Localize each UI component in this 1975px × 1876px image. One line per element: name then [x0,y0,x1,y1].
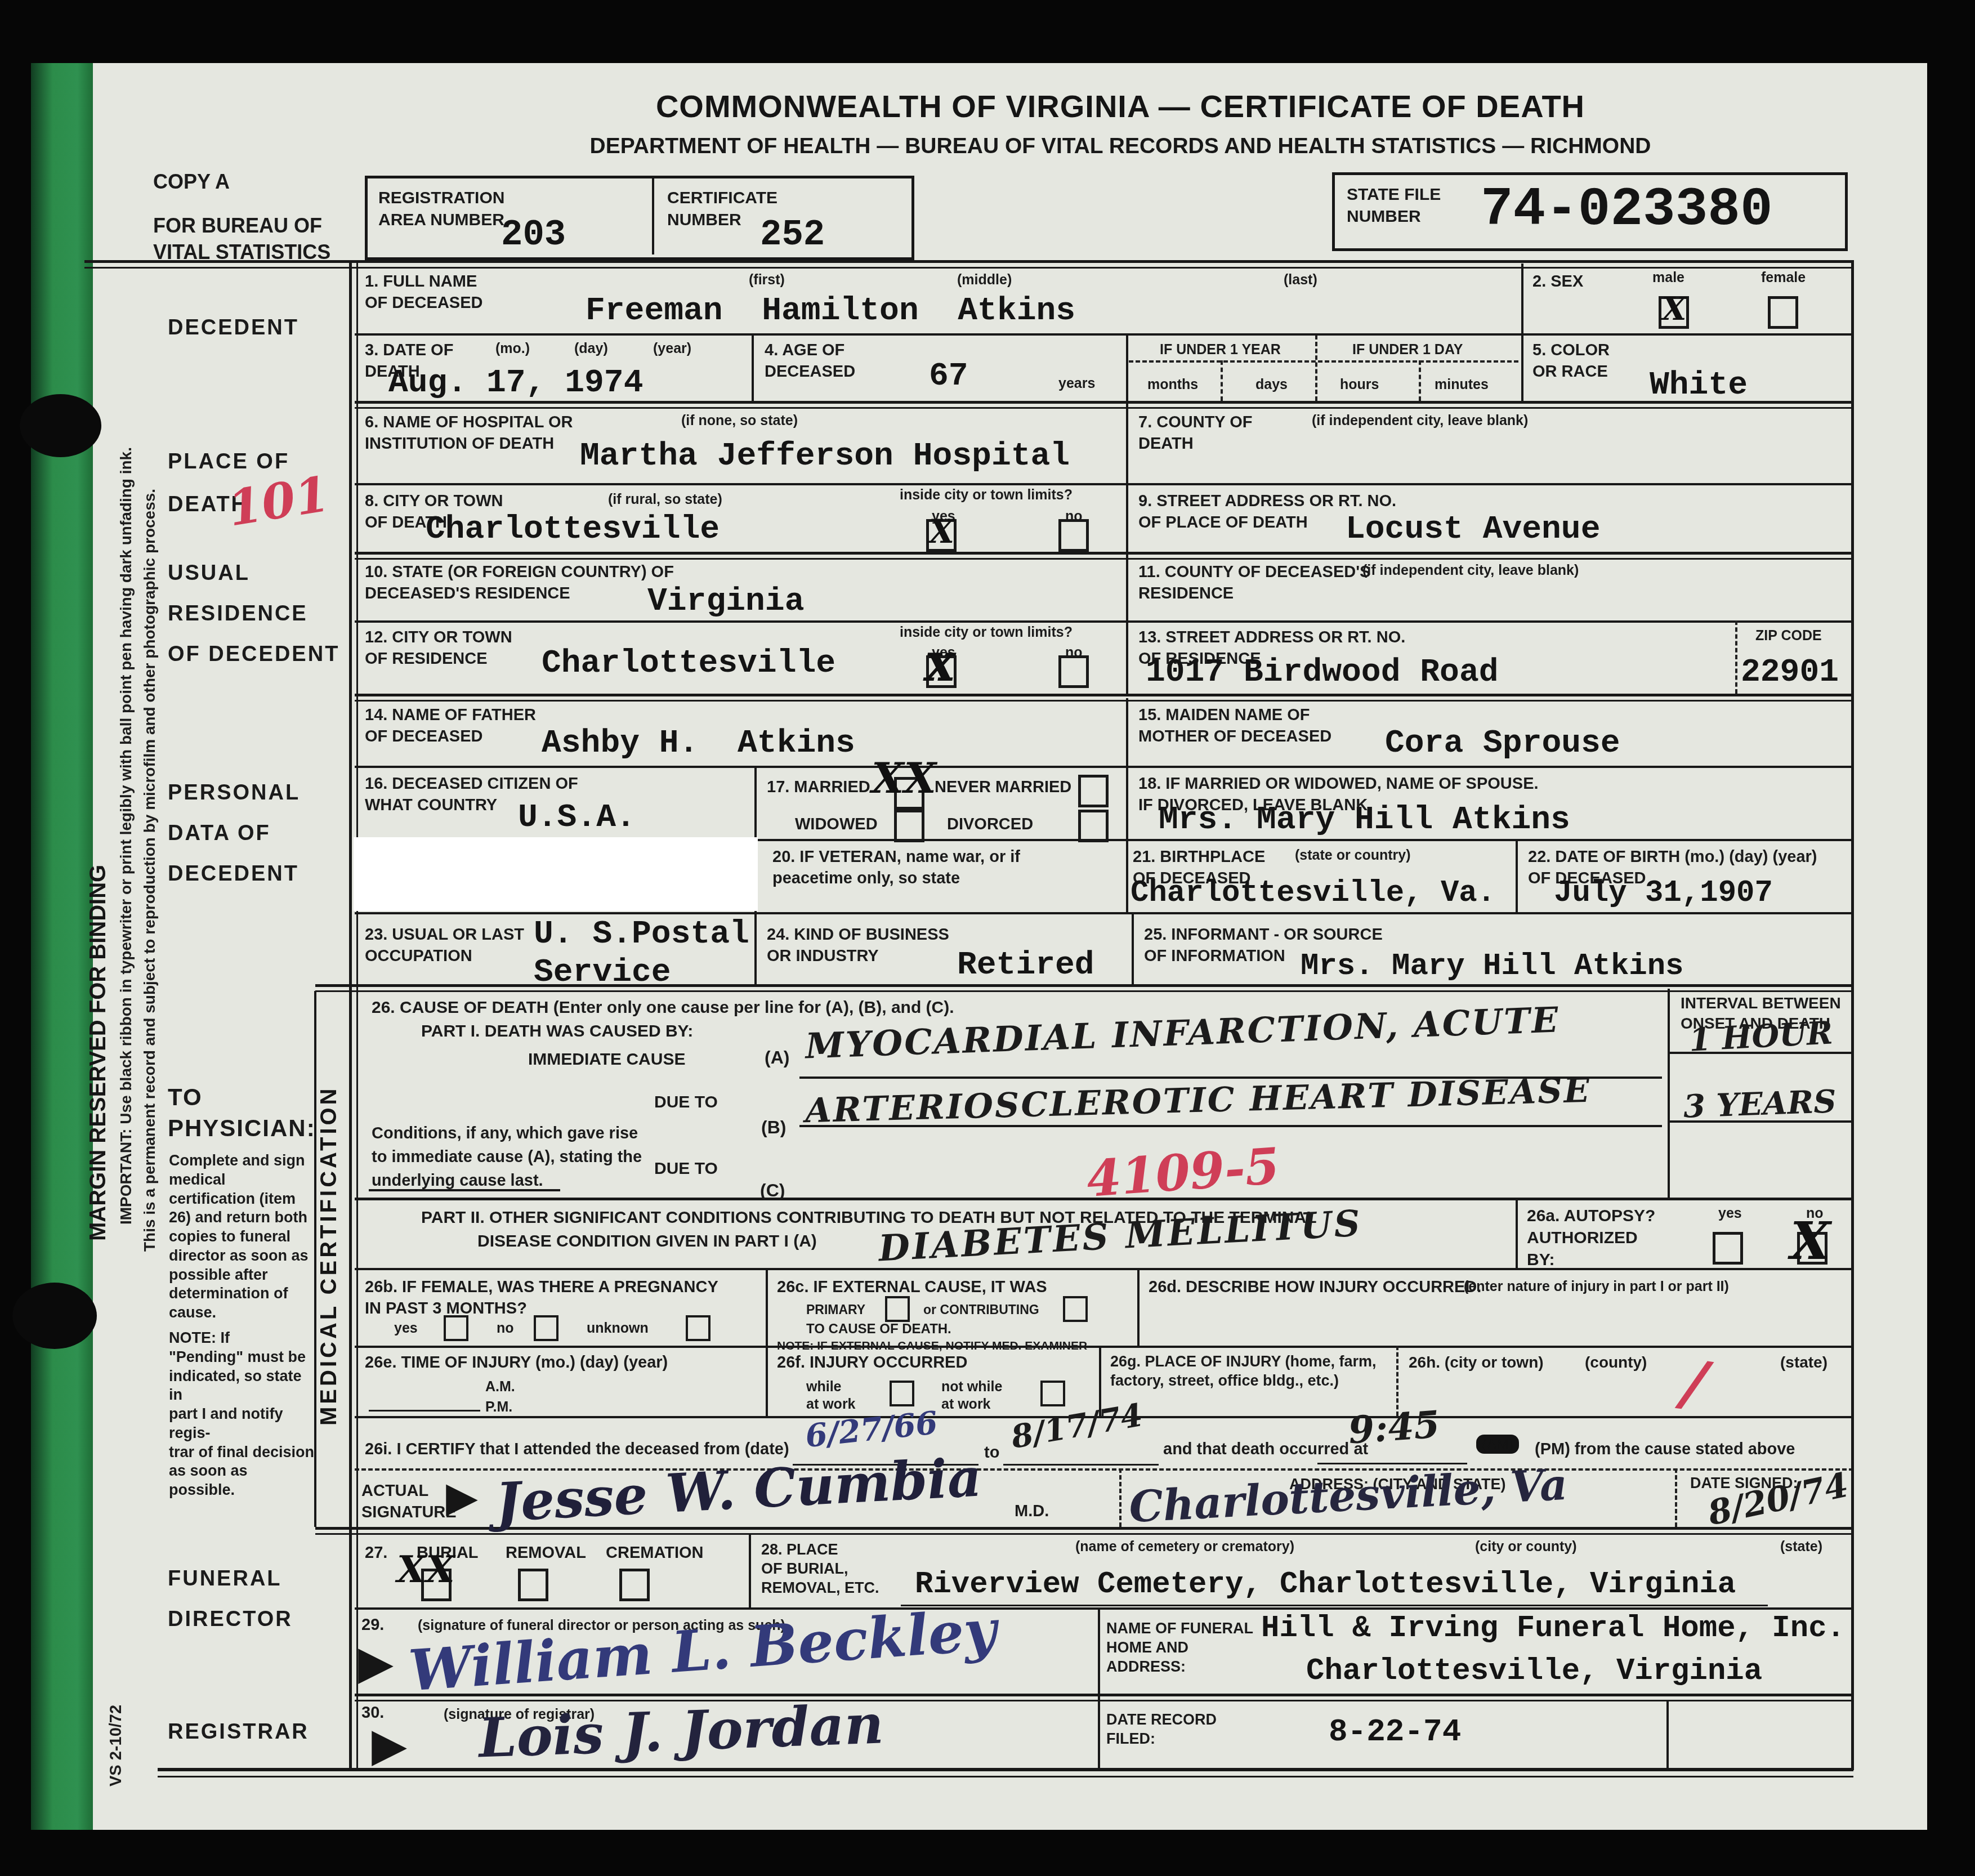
handwritten-interval-b: 3 YEARS [1683,1083,1837,1125]
field-26g-label: 26g. PLACE OF INJURY (home, farm, factor… [1110,1352,1377,1391]
checkbox-autopsy-yes [1713,1232,1743,1265]
checkbox-widowed [894,810,924,842]
scanned-death-certificate: MARGIN RESERVED FOR BINDING IMPORTANT: U… [0,0,1975,1876]
date-record-filed-value: 8-22-74 [1329,1714,1461,1750]
divider [1516,839,1518,912]
divider [749,1535,751,1607]
section-decedent: DECEDENT [168,314,299,342]
divider [799,1125,1662,1127]
field-24-value: Retired [957,947,1094,984]
divider [1735,620,1737,694]
checkmark-sex-male: X [1662,291,1686,328]
divorced-label: DIVORCED [947,814,1033,836]
field-12-limits-label: inside city or town limits? [900,624,1073,641]
checkbox-sex-female [1768,296,1798,329]
field-29-number: 29. [361,1615,384,1636]
divider [766,1268,768,1346]
field-15-value: Cora Sprouse [1385,725,1620,762]
registration-area-label: REGISTRATION AREA NUMBER [378,187,504,231]
field-8-limits-label: inside city or town limits? [900,486,1073,504]
divider [158,1776,1853,1777]
copy-label: COPY A [153,169,230,195]
checkbox-divorced [1078,810,1109,842]
line-b-label: (B) [761,1116,786,1140]
divider [1851,260,1854,1770]
divider [355,552,1853,555]
md-label: M.D. [1015,1501,1049,1522]
field-26d-hint: (enter nature of injury in part I or par… [1464,1278,1729,1296]
divider [1419,360,1421,401]
divider [1126,620,1128,694]
divider [355,700,1853,702]
divider [355,912,1853,914]
field-9-value: Locust Avenue [1346,511,1600,548]
field-6-value: Martha Jefferson Hospital [580,438,1070,475]
cremation-label: CREMATION [606,1543,703,1564]
checkbox-pregnancy-unknown [686,1315,711,1341]
field-21-value: Charlottesville, Va. [1131,876,1495,910]
signature-arrow-icon: ▶ [446,1473,478,1521]
field-5-label: 5. COLOR OR RACE [1532,340,1610,382]
state-file-label: STATE FILE NUMBER [1347,184,1441,227]
divider [1521,263,1523,401]
checkmark-burial: XX [397,1547,454,1591]
funeral-home-value-2: Charlottesville, Virginia [1306,1654,1762,1689]
part1-label: PART I. DEATH WAS CAUSED BY: [421,1020,693,1042]
divider [1126,766,1128,839]
under-1-year-months-label: months [1147,376,1198,394]
field-26h-label: 26h. (city or town) [1409,1352,1544,1372]
checkmark-death-limits-yes: X [929,512,954,551]
field-2-male-label: male [1652,269,1684,287]
field-1-label: 1. FULL NAME OF DECEASED [365,271,482,314]
pregnancy-yes-label: yes [394,1320,418,1337]
checkbox-residence-limits-no [1058,655,1089,688]
divider [356,260,358,1770]
checkbox-cremation [619,1569,650,1601]
divider [315,1533,1853,1535]
field-26b-label: 26b. IF FEMALE, WAS THERE A PREGNANCY IN… [365,1277,718,1319]
while-at-work-label: while at work [806,1378,856,1414]
removal-label: REMOVAL [506,1543,586,1564]
field-1-value: Freeman Hamilton Atkins [586,293,1075,329]
zip-value: 22901 [1741,654,1839,691]
under-1-day-hours-label: hours [1340,376,1379,394]
section-medical-certification: MEDICAL CERTIFICATION [316,1008,352,1503]
section-to-physician: TO PHYSICIAN: [168,1082,316,1144]
field-5-value: White [1650,367,1748,404]
section-funeral-director: FUNERAL DIRECTOR [168,1558,293,1640]
field-11-label: 11. COUNTY OF DECEASED'S RESIDENCE [1138,562,1370,604]
field-3-day-hint: (day) [574,340,608,358]
margin-important-note: IMPORTANT: Use black ribbon in typewrite… [117,315,140,1357]
divider [1119,1468,1121,1527]
field-7-label: 7. COUNTY OF DEATH [1138,412,1253,454]
field-10-label: 10. STATE (OR FOREIGN COUNTRY) OF DECEAS… [365,562,674,604]
cemetery-hint: (name of cemetery or crematory) [1075,1538,1294,1556]
margin-permanent-note: This is a permanent record and subject t… [141,349,163,1391]
handwritten-time-of-death: 9:45 [1347,1402,1441,1452]
field-26c-label: 26c. IF EXTERNAL CAUSE, IT WAS [777,1277,1047,1298]
funeral-home-label: NAME OF FUNERAL HOME AND ADDRESS: [1106,1619,1253,1676]
certify-text-1: 26i. I CERTIFY that I attended the decea… [365,1439,789,1460]
funeral-home-value-1: Hill & Irving Funeral Home, Inc. [1261,1611,1845,1646]
divider [355,407,1853,409]
certificate-subtitle: DEPARTMENT OF HEALTH — BUREAU OF VITAL R… [524,134,1717,159]
field-14-value: Ashby H. Atkins [542,725,855,762]
field-14-label: 14. NAME OF FATHER OF DECEASED [365,705,536,747]
field-27-number: 27. [365,1543,387,1564]
section-registrar: REGISTRAR [168,1718,309,1746]
divider [754,766,757,839]
divider [355,1694,1853,1696]
field-1-first-hint: (first) [749,271,785,289]
checkbox-pregnancy-yes [444,1315,468,1341]
not-while-at-work-label: not while at work [941,1378,1002,1414]
pending-note: NOTE: If "Pending" must be indicated, so… [169,1329,315,1500]
field-26h-state-hint: (state) [1780,1352,1827,1372]
checkmark-autopsy-no: X [1790,1211,1830,1271]
for-bureau-label: FOR BUREAU OF VITAL STATISTICS [153,213,330,266]
pregnancy-unknown-label: unknown [587,1320,649,1337]
divider [1132,912,1134,984]
divider [766,1346,768,1416]
field-11-hint: (if independent city, leave blank) [1362,562,1579,579]
margin-binding-label: MARGIN RESERVED FOR BINDING [86,738,113,1368]
divider [652,176,654,254]
field-6-label: 6. NAME OF HOSPITAL OR INSTITUTION OF DE… [365,412,573,454]
field-22-value: July 31,1907 [1554,876,1773,910]
green-binding-strip [31,63,93,1830]
field-3-mo-hint: (mo.) [495,340,530,358]
field-26-label: 26. CAUSE OF DEATH (Enter only one cause… [372,997,954,1019]
city-county-hint: (city or county) [1475,1538,1577,1556]
field-13-value: 1017 Birdwood Road [1146,654,1499,691]
divider [1137,1268,1140,1346]
field-26e-label: 26e. TIME OF INJURY (mo.) (day) (year) [365,1352,668,1374]
divider [1516,1198,1518,1268]
divider [369,1410,480,1412]
autopsy-yes-label: yes [1718,1205,1742,1222]
divider [314,991,316,1527]
field-1-last-hint: (last) [1284,271,1317,289]
under-1-year-days-label: days [1255,376,1288,394]
field-26a-label: 26a. AUTOPSY? AUTHORIZED BY: [1527,1205,1655,1271]
field-3-value: Aug. 17, 1974 [388,365,643,401]
divider [1098,1607,1100,1768]
field-18-value: Mrs. Mary Hill Atkins [1159,802,1570,838]
registration-area-value: 203 [501,215,566,256]
divider [1126,554,1128,620]
field-28-value: Riverview Cemetery, Charlottesville, Vir… [915,1567,1736,1602]
field-2-label: 2. SEX [1532,271,1583,293]
under-1-year-label: IF UNDER 1 YEAR [1160,341,1281,359]
checkmark-married: XX [872,754,936,803]
certify-text-3: (PM) from the cause stated above [1535,1439,1795,1460]
divider [355,333,1853,336]
divider [1317,1463,1467,1464]
checkbox-while-at-work [890,1381,914,1406]
checkbox-removal [518,1569,548,1601]
field-23-value: U. S.Postal Service [534,915,749,993]
signature-arrow-icon: ▶ [358,1636,394,1690]
field-8-value: Charlottesville [426,511,720,548]
divider [355,620,1853,623]
field-23-label: 23. USUAL OR LAST OCCUPATION [365,924,524,967]
field-4-value: 67 [929,358,968,395]
never-married-label: NEVER MARRIED [935,777,1071,798]
divider [1315,335,1317,401]
field-21-hint: (state or country) [1295,847,1411,864]
certify-to-label: to [984,1442,999,1464]
immediate-cause-label: IMMEDIATE CAUSE [528,1048,685,1070]
divider [1668,989,1670,1198]
external-cause-note: NOTE: IF EXTERNAL CAUSE, NOTIFY MED. EXA… [777,1339,1087,1354]
divider [752,333,754,401]
due-to-b-label: DUE TO [654,1091,718,1113]
pregnancy-no-label: no [497,1320,514,1337]
divider [158,1768,1853,1771]
section-usual-residence: USUAL RESIDENCE OF DECEDENT [168,553,339,675]
state-file-value: 74-023380 [1481,179,1772,240]
field-8-hint: (if rural, so state) [608,491,722,508]
widowed-label: WIDOWED [795,814,878,836]
state-hint: (state) [1780,1538,1822,1556]
field-12-label: 12. CITY OR TOWN OF RESIDENCE [365,627,512,669]
divider [1126,698,1128,766]
divider [1126,333,1128,401]
am-strikeout-blob: (AM) [1476,1435,1519,1454]
checkbox-external-contributing [1063,1296,1088,1322]
field-7-hint: (if independent city, leave blank) [1312,412,1528,430]
conditions-label: Conditions, if any, which gave rise to i… [372,1122,642,1192]
to-cause-label: TO CAUSE OF DEATH. [806,1321,951,1338]
divider [1129,360,1518,363]
handwritten-interval-a: 1 HOUR [1688,1014,1834,1058]
physician-instructions: Complete and sign medical certification … [169,1151,310,1323]
redaction-block [354,837,758,911]
divider [901,1605,1768,1606]
under-1-day-label: IF UNDER 1 DAY [1352,341,1463,359]
checkbox-death-limits-no [1058,519,1089,552]
line-a-label: (A) [765,1046,789,1070]
certificate-title: COMMONWEALTH OF VIRGINIA — CERTIFICATE O… [608,88,1633,124]
divider [355,1346,1853,1348]
field-26f-label: 26f. INJURY OCCURRED [777,1352,967,1374]
field-4-label: 4. AGE OF DECEASED [765,340,855,382]
field-25-value: Mrs. Mary Hill Atkins [1301,949,1684,984]
divider [355,483,1853,485]
pm-label: P.M. [485,1399,512,1416]
divider [1126,839,1128,912]
certificate-number-value: 252 [760,215,825,256]
checkbox-not-while-at-work [1040,1381,1065,1406]
divider [369,1189,560,1191]
field-3-year-hint: (year) [653,340,691,358]
checkbox-never-married [1078,775,1109,807]
field-26h-county-hint: (county) [1585,1352,1647,1372]
checkmark-residence-limits-yes: X [926,645,954,689]
field-2-female-label: female [1761,269,1806,287]
divider [1126,483,1128,552]
am-label: A.M. [485,1378,515,1396]
form-code: VS 2-10/72 [107,1678,129,1813]
divider [1003,1464,1159,1466]
field-4-years-label: years [1058,375,1095,392]
field-28-label: 28. PLACE OF BURIAL, REMOVAL, ETC. [761,1540,879,1597]
divider [355,1607,1853,1610]
hole-punch [20,394,101,457]
field-10-value: Virginia [647,583,804,620]
field-26d-label: 26d. DESCRIBE HOW INJURY OCCURRED. [1149,1277,1481,1298]
contributing-label: or CONTRIBUTING [923,1302,1039,1318]
divider [754,912,757,984]
checkbox-external-primary [885,1296,910,1322]
field-20-label: 20. IF VETERAN, name war, or if peacetim… [772,847,1020,889]
under-1-day-minutes-label: minutes [1435,376,1489,394]
divider [355,766,1853,768]
divider [349,260,352,1770]
divider [1666,1700,1669,1768]
divider [355,1700,1853,1701]
section-personal-data: PERSONAL DATA OF DECEDENT [168,772,300,895]
field-24-label: 24. KIND OF BUSINESS OR INDUSTRY [767,924,949,967]
field-6-hint: (if none, so state) [681,412,798,430]
certify-text-2: and that death occurred at [1163,1439,1368,1460]
divider [1675,1468,1677,1527]
field-15-label: 15. MAIDEN NAME OF MOTHER OF DECEASED [1138,705,1331,747]
divider [355,558,1853,560]
field-17-label: 17. MARRIED [767,777,870,798]
due-to-c-label: DUE TO [654,1158,718,1180]
divider [1221,360,1223,401]
zip-label: ZIP CODE [1755,627,1822,645]
actual-signature-label: ACTUAL SIGNATURE [361,1481,457,1523]
hole-punch [12,1283,97,1349]
divider [355,694,1853,696]
field-1-middle-hint: (middle) [957,271,1012,289]
field-12-value: Charlottesville [542,645,835,682]
field-16-value: U.S.A. [518,799,636,836]
checkbox-pregnancy-no [534,1315,558,1341]
primary-label: PRIMARY [806,1302,865,1318]
signature-arrow-icon: ▶ [372,1718,407,1772]
divider [1126,401,1128,483]
date-record-filed-label: DATE RECORD FILED: [1106,1710,1217,1749]
line-c-label: (C) [760,1179,785,1203]
